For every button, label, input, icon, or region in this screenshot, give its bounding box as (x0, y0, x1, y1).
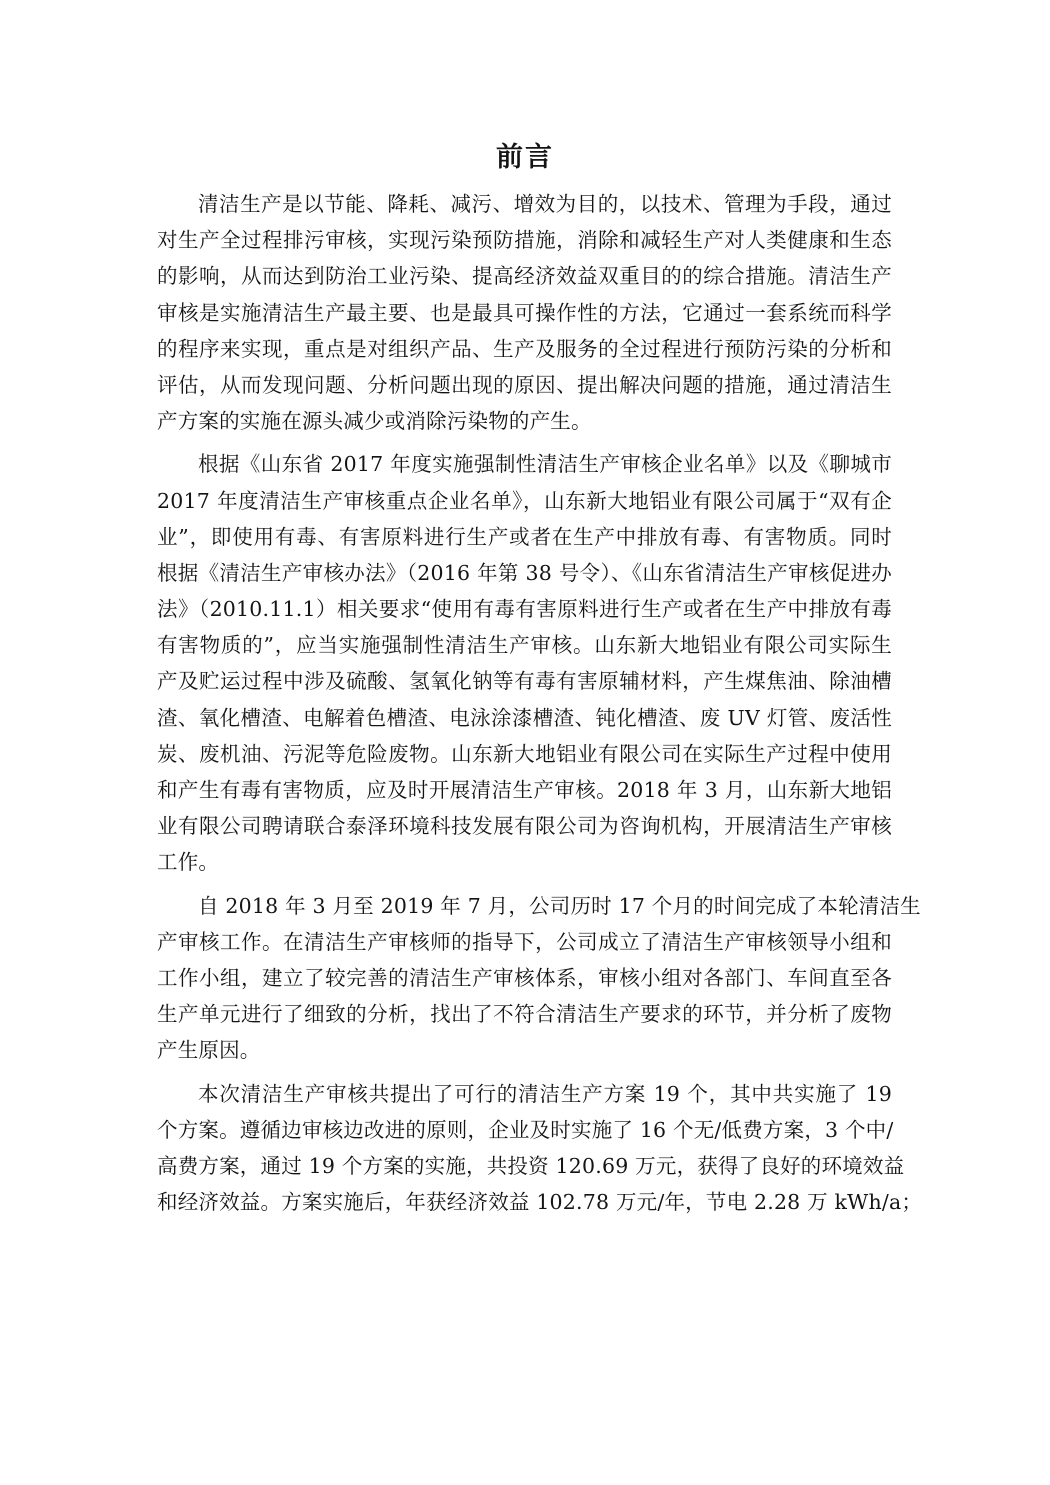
text-line: 产审核工作。在清洁生产审核师的指导下，公司成立了清洁生产审核领导小组和 (157, 924, 892, 960)
text-line: 有害物质的”，应当实施强制性清洁生产审核。山东新大地铝业有限公司实际生 (157, 627, 892, 663)
text-line: 业”，即使用有毒、有害原料进行生产或者在生产中排放有毒、有害物质。同时 (157, 519, 892, 555)
text-line: 个方案。遵循边审核边改进的原则，企业及时实施了 16 个无/低费方案，3 个中/ (157, 1112, 892, 1148)
document-body: 清洁生产是以节能、降耗、减污、增效为目的，以技术、管理为手段，通过 对生产全过程… (157, 186, 892, 1220)
document-page: 前言 清洁生产是以节能、降耗、减污、增效为目的，以技术、管理为手段，通过 对生产… (0, 0, 1050, 1485)
text-line: 高费方案，通过 19 个方案的实施，共投资 120.69 万元，获得了良好的环境… (157, 1148, 892, 1184)
text-line: 审核是实施清洁生产最主要、也是最具可操作性的方法，它通过一套系统而科学 (157, 295, 892, 331)
text-line: 和经济效益。方案实施后，年获经济效益 102.78 万元/年，节电 2.28 万… (157, 1184, 892, 1220)
text-line: 产方案的实施在源头减少或消除污染物的产生。 (157, 403, 892, 439)
text-line: 根据《清洁生产审核办法》（2016 年第 38 号令）、《山东省清洁生产审核促进… (157, 555, 892, 591)
text-line: 2017 年度清洁生产审核重点企业名单》，山东新大地铝业有限公司属于“双有企 (157, 483, 892, 519)
text-line: 业有限公司聘请联合泰泽环境科技发展有限公司为咨询机构，开展清洁生产审核 (157, 808, 892, 844)
paragraph-process: 自 2018 年 3 月至 2019 年 7 月，公司历时 17 个月的时间完成… (157, 888, 892, 1069)
text-line: 本次清洁生产审核共提出了可行的清洁生产方案 19 个，其中共实施了 19 (157, 1076, 892, 1112)
text-line: 自 2018 年 3 月至 2019 年 7 月，公司历时 17 个月的时间完成… (157, 888, 892, 924)
text-line: 的影响，从而达到防治工业污染、提高经济效益双重目的的综合措施。清洁生产 (157, 258, 892, 294)
text-line: 生产单元进行了细致的分析，找出了不符合清洁生产要求的环节，并分析了废物 (157, 996, 892, 1032)
text-line: 根据《山东省 2017 年度实施强制性清洁生产审核企业名单》以及《聊城市 (157, 446, 892, 482)
text-line: 产生原因。 (157, 1032, 892, 1068)
text-line: 炭、废机油、污泥等危险废物。山东新大地铝业有限公司在实际生产过程中使用 (157, 736, 892, 772)
text-line: 产及贮运过程中涉及硫酸、氢氧化钠等有毒有害原辅材料，产生煤焦油、除油槽 (157, 663, 892, 699)
text-line: 渣、氧化槽渣、电解着色槽渣、电泳涂漆槽渣、钝化槽渣、废 UV 灯管、废活性 (157, 700, 892, 736)
paragraph-results: 本次清洁生产审核共提出了可行的清洁生产方案 19 个，其中共实施了 19 个方案… (157, 1076, 892, 1221)
text-line: 工作小组，建立了较完善的清洁生产审核体系，审核小组对各部门、车间直至各 (157, 960, 892, 996)
text-line: 清洁生产是以节能、降耗、减污、增效为目的，以技术、管理为手段，通过 (157, 186, 892, 222)
text-line: 工作。 (157, 844, 892, 880)
text-line: 对生产全过程排污审核，实现污染预防措施，消除和减轻生产对人类健康和生态 (157, 222, 892, 258)
text-line: 和产生有毒有害物质，应及时开展清洁生产审核。2018 年 3 月，山东新大地铝 (157, 772, 892, 808)
text-line: 的程序来实现，重点是对组织产品、生产及服务的全过程进行预防污染的分析和 (157, 331, 892, 367)
page-title: 前言 (0, 140, 1050, 176)
paragraph-background: 根据《山东省 2017 年度实施强制性清洁生产审核企业名单》以及《聊城市 201… (157, 446, 892, 880)
text-line: 法》（2010.11.1）相关要求“使用有毒有害原料进行生产或者在生产中排放有毒 (157, 591, 892, 627)
text-line: 评估，从而发现问题、分析问题出现的原因、提出解决问题的措施，通过清洁生 (157, 367, 892, 403)
paragraph-intro: 清洁生产是以节能、降耗、减污、增效为目的，以技术、管理为手段，通过 对生产全过程… (157, 186, 892, 439)
